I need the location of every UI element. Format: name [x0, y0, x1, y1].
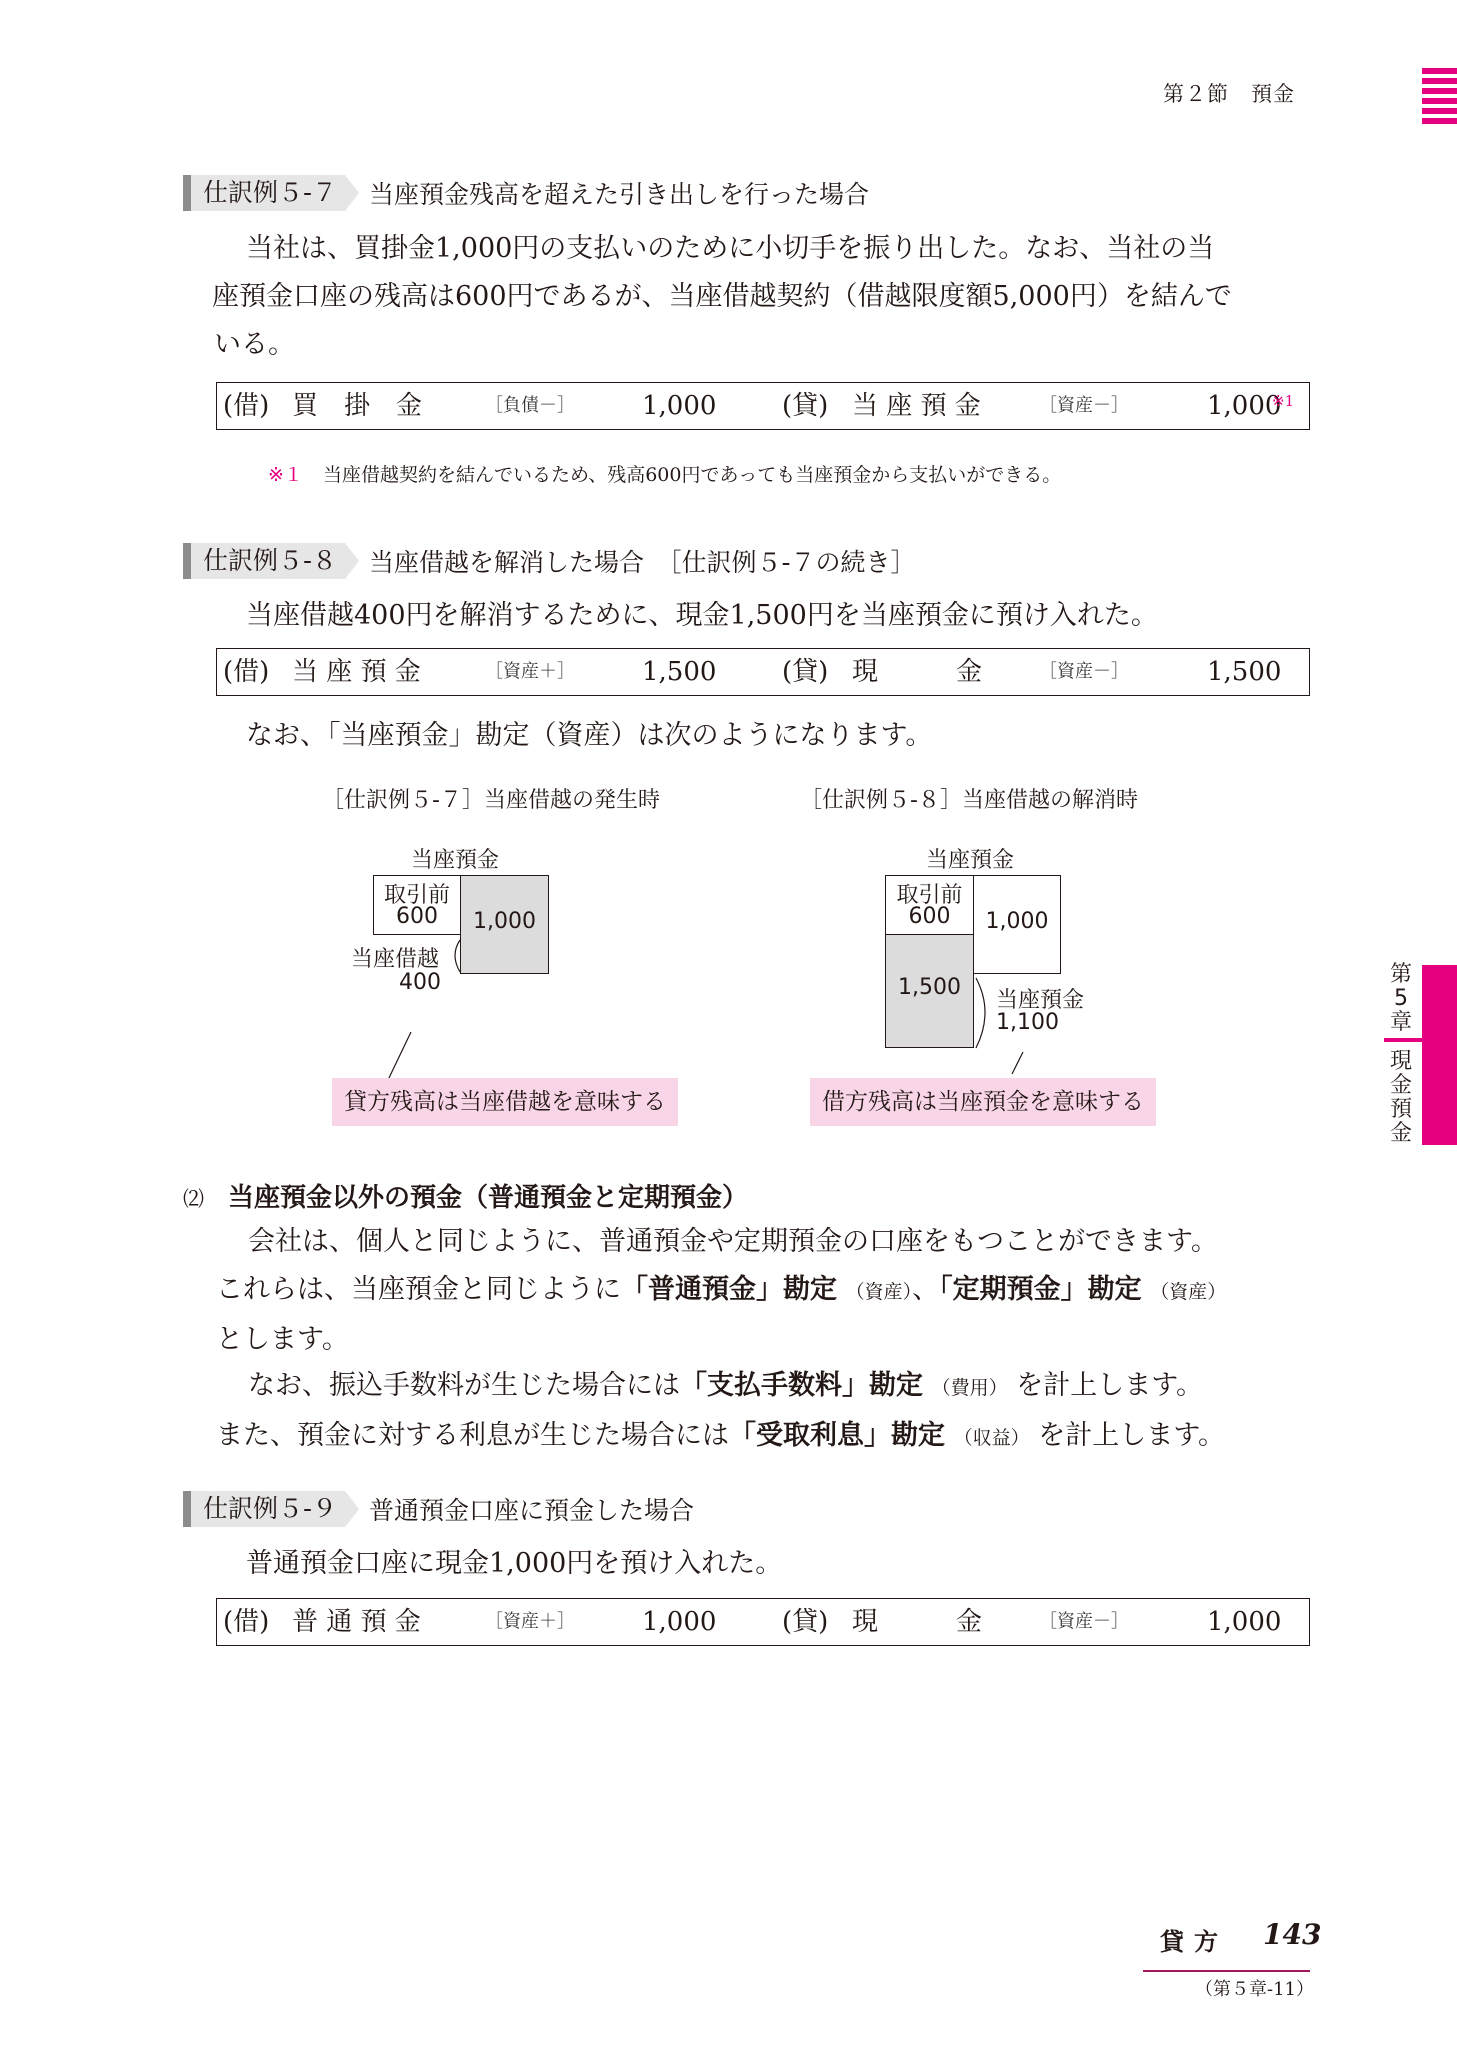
journal-entry-5-7: (借) 買 掛 金 ［負債－］ 1,000 (貸) 当 座 預 金 ［資産－］ …	[216, 382, 1310, 430]
account-term: 「普通預金」勘定	[621, 1274, 837, 1305]
box-value: 1,000	[974, 909, 1060, 934]
chapter-tab	[1422, 965, 1457, 1145]
diagram-1-title: ［仕訳例５-７］当座借越の発生時	[322, 783, 660, 814]
diagram-2-connector-lines	[960, 970, 1040, 1090]
debit-mark: (借)	[223, 383, 269, 429]
text-segment: なお、振込手数料が生じた場合には	[248, 1370, 680, 1401]
chapter-char: 章	[1384, 1011, 1418, 1035]
account-category: （資産）	[1150, 1281, 1226, 1303]
credit-tag: ［資産－］	[1039, 649, 1129, 695]
text-line: なお、「当座預金」勘定（資産）は次のようになります。	[246, 720, 932, 751]
example-title: 当座預金残高を超えた引き出しを行った場合	[369, 175, 869, 211]
footnote-mark: ※１	[268, 464, 303, 486]
diagram-1-account: 当座預金	[400, 843, 510, 874]
text-segment: これらは、当座預金と同じように	[216, 1274, 621, 1305]
footer-rule	[1143, 1970, 1310, 1972]
diagram-1-debit-box: 取引前 600	[373, 875, 461, 935]
debit-account: 普 通 預 金	[292, 1599, 421, 1645]
debit-tag: ［負債－］	[485, 383, 575, 429]
section-2-paragraph-1: 会社は、個人と同じように、普通預金や定期預金の口座をもつことができます。 これら…	[216, 1218, 1321, 1364]
text-line: とします。	[216, 1324, 349, 1355]
header-stripes-decoration	[1422, 68, 1457, 128]
heading-bar	[183, 175, 191, 211]
debit-amount: 1,000	[642, 383, 716, 429]
section-2-heading: ⑵当座預金以外の預金（普通預金と定期預金）	[183, 1177, 748, 1214]
chapter-char: 預	[1384, 1098, 1418, 1122]
box-value: 600	[886, 904, 973, 929]
credit-amount: 1,000	[1207, 383, 1281, 429]
running-head: 第２節 預金	[1163, 78, 1295, 108]
debit-account: 買 掛 金	[292, 383, 422, 429]
chapter-char: 5	[1384, 987, 1418, 1011]
debit-account: 当 座 預 金	[292, 649, 421, 695]
example-title: 普通預金口座に預金した場合	[369, 1491, 694, 1527]
section-2-paragraph-2: なお、振込手数料が生じた場合には「支払手数料」勘定 （費用） を計上します。 ま…	[216, 1362, 1321, 1462]
account-term: 「支払手数料」勘定	[680, 1370, 923, 1401]
footnote-text: 当座借越契約を結んでいるため、残高600円であっても当座預金から支払いができる。	[323, 464, 1061, 486]
debit-mark: (借)	[223, 1599, 269, 1645]
chapter-char: 現	[1384, 1050, 1418, 1074]
footer-chapter-page: （第５章-11）	[1195, 1975, 1314, 2001]
diagram-2-account: 当座預金	[915, 843, 1025, 874]
example-5-8-text: 当座借越400円を解消するために、現金1,500円を当座預金に預け入れた。	[214, 592, 1319, 640]
journal-entry-5-9: (借) 普 通 預 金 ［資産＋］ 1,000 (貸) 現 金 ［資産－］ 1,…	[216, 1598, 1310, 1646]
footer-side-label: 貸方	[1160, 1922, 1228, 1957]
account-term: 「受取利息」勘定	[729, 1420, 945, 1451]
credit-mark: (貸)	[782, 383, 828, 429]
account-term: 「定期預金」勘定	[939, 1274, 1142, 1305]
credit-tag: ［資産－］	[1039, 383, 1129, 429]
text-line: 当座借越400円を解消するために、現金1,500円を当座預金に預け入れた。	[246, 600, 1158, 631]
diagram-1-credit-box: 1,000	[460, 875, 549, 974]
text-line: 当社は、買掛金1,000円の支払いのために小切手を振り出した。なお、当社の当	[246, 233, 1214, 264]
example-heading-5-7: 仕訳例５-７ 当座預金残高を超えた引き出しを行った場合	[183, 175, 869, 211]
account-category: （費用）	[932, 1377, 1008, 1399]
text-segment: 、	[912, 1274, 939, 1305]
text-line: いる。	[214, 329, 295, 360]
account-category: （収益）	[954, 1427, 1030, 1449]
chapter-title: 現 金 預 金	[1384, 1050, 1418, 1146]
credit-mark: (貸)	[782, 649, 828, 695]
debit-mark: (借)	[223, 649, 269, 695]
chapter-char: 金	[1384, 1074, 1418, 1098]
diagram-2-credit-box: 1,000	[973, 875, 1061, 974]
text-segment: を計上します。	[1038, 1420, 1225, 1451]
account-category: （資産）	[846, 1281, 913, 1303]
example-5-7-text: 当社は、買掛金1,000円の支払いのために小切手を振り出した。なお、当社の当 座…	[214, 225, 1319, 369]
example-title: 当座借越を解消した場合 ［仕訳例５-７の続き］	[369, 543, 916, 579]
text-line: 普通預金口座に現金1,000円を預け入れた。	[246, 1548, 782, 1579]
chapter-char: 第	[1384, 963, 1418, 987]
debit-amount: 1,500	[642, 649, 716, 695]
credit-account: 当 座 預 金	[852, 383, 981, 429]
diagram-2-title: ［仕訳例５-８］当座借越の解消時	[800, 783, 1138, 814]
example-label: 仕訳例５-９	[191, 1491, 359, 1527]
journal-entry-5-8: (借) 当 座 預 金 ［資産＋］ 1,500 (貸) 現 金 ［資産－］ 1,…	[216, 648, 1310, 696]
diagram-1-callout: 貸方残高は当座借越を意味する	[332, 1078, 678, 1126]
footnote-ref: ※1	[1272, 391, 1294, 411]
credit-account: 現 金	[852, 649, 982, 695]
section-number: ⑵	[183, 1187, 204, 1211]
text-line: 会社は、個人と同じように、普通預金や定期預金の口座をもつことができます。	[248, 1226, 1218, 1257]
chapter-number: 第 5 章	[1384, 963, 1418, 1035]
example-5-9-text: 普通預金口座に現金1,000円を預け入れた。	[214, 1540, 1319, 1588]
heading-bar	[183, 543, 191, 579]
text-segment: を計上します。	[1016, 1370, 1203, 1401]
example-heading-5-8: 仕訳例５-８ 当座借越を解消した場合 ［仕訳例５-７の続き］	[183, 543, 916, 579]
chapter-char: 金	[1384, 1122, 1418, 1146]
text-segment: また、預金に対する利息が生じた場合には	[216, 1420, 729, 1451]
heading-bar	[183, 1491, 191, 1527]
diagram-2-debit-box: 取引前 600	[885, 875, 974, 935]
debit-tag: ［資産＋］	[485, 1599, 575, 1645]
credit-amount: 1,000	[1207, 1599, 1281, 1645]
chapter-tab-divider	[1384, 1038, 1424, 1042]
credit-account: 現 金	[852, 1599, 982, 1645]
example-label: 仕訳例５-８	[191, 543, 359, 579]
credit-mark: (貸)	[782, 1599, 828, 1645]
box-value: 600	[374, 904, 460, 929]
debit-tag: ［資産＋］	[485, 649, 575, 695]
box-value: 1,000	[461, 909, 548, 934]
diagram-2-callout: 借方残高は当座預金を意味する	[810, 1078, 1156, 1126]
text-line: 座預金口座の残高は600円であるが、当座借越契約（借越限度額5,000円）を結ん…	[212, 281, 1232, 312]
account-intro-text: なお、「当座預金」勘定（資産）は次のようになります。	[214, 712, 1319, 760]
example-label: 仕訳例５-７	[191, 175, 359, 211]
credit-amount: 1,500	[1207, 649, 1281, 695]
credit-tag: ［資産－］	[1039, 1599, 1129, 1645]
section-title: 当座預金以外の預金（普通預金と定期預金）	[228, 1183, 748, 1213]
page-number: 143	[1263, 1918, 1321, 1951]
debit-amount: 1,000	[642, 1599, 716, 1645]
example-heading-5-9: 仕訳例５-９ 普通預金口座に預金した場合	[183, 1491, 694, 1527]
footnote: ※１ 当座借越契約を結んでいるため、残高600円であっても当座預金から支払いがで…	[268, 460, 1061, 487]
